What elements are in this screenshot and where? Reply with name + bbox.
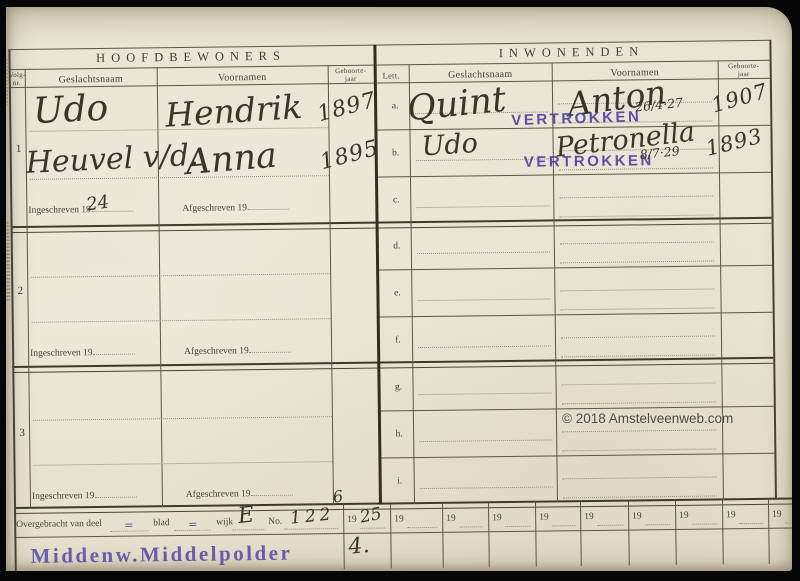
section-title-hoofdbewoners: HOOFDBEWONERS [8, 48, 373, 67]
block3-ingeschreven: Ingeschreven 19 [32, 489, 137, 502]
hb1-geslachtsnaam: Udo [32, 91, 109, 130]
scanned-register-page: HOOFDBEWONERS INWONENDEN [0, 0, 800, 581]
year-cell-9: 19 [726, 510, 736, 520]
block1-ingeschreven-value: 24 [85, 193, 110, 214]
year-cell-1-value: 25 [359, 506, 383, 527]
block3-afgeschreven: Afgeschreven 19 [186, 487, 293, 500]
overgebracht-label: Overgebracht van deel [16, 519, 102, 530]
volgnr-3: 3 [15, 427, 29, 439]
lett-a: a. [387, 101, 403, 111]
lett-f: f. [390, 335, 406, 345]
lett-b: b. [388, 148, 404, 158]
wijk-label: wijk [216, 517, 233, 527]
middelpolder-stamp: Middenw.Middelpolder [30, 541, 292, 569]
pencil-mark-6: 6 [332, 488, 344, 505]
lett-c: c. [388, 195, 404, 205]
hb2-voornamen: Anna [184, 139, 278, 181]
volgnr-1: 1 [12, 143, 26, 155]
paper-sheet: HOOFDBEWONERS INWONENDEN [6, 7, 792, 571]
year-cell-7: 19 [632, 511, 642, 521]
col-header-lett: Lett. [374, 70, 409, 80]
lett-i: i. [392, 476, 408, 486]
vertrokken-stamp-b: VERTROKKEN [524, 152, 654, 171]
col-header-geboortejaar-left: Geboorte- jaar [328, 67, 374, 84]
block2-afgeschreven: Afgeschreven 19 [184, 344, 291, 357]
year-cell-8: 19 [679, 511, 689, 521]
lett-e: e. [389, 288, 405, 298]
register-form: HOOFDBEWONERS INWONENDEN [6, 7, 792, 571]
block1-afgeschreven: Afgeschreven 19 [182, 201, 289, 214]
hb1-geboortejaar: 1897 [315, 90, 379, 127]
year-cell-6: 19 [584, 512, 594, 522]
cell-value-4: 4. [347, 535, 370, 559]
volgnr-2: 2 [13, 285, 27, 297]
lett-h: h. [391, 429, 407, 439]
watermark: © 2018 Amstelveenweb.com [562, 411, 733, 426]
iw-a-vertrek-datum: 26/4·27 [635, 97, 684, 114]
year-cell-1: 19 [347, 515, 357, 525]
hb1-voornamen: Hendrik [164, 90, 303, 132]
wijk-value: E [237, 504, 256, 528]
blad-label: blad [153, 518, 169, 528]
iw-b-vertrek-datum: 8/7·29 [639, 145, 680, 161]
year-cell-3: 19 [446, 514, 456, 524]
deel-value: = [124, 520, 133, 531]
col-header-geboortejaar-right: Geboorte- jaar [718, 62, 770, 79]
lett-g: g. [391, 382, 407, 392]
col-header-geslachtsnaam-right: Geslachtsnaam [409, 68, 552, 81]
no-value: 122 [289, 506, 335, 527]
year-cell-5: 19 [539, 513, 549, 523]
year-cell-2: 19 [394, 514, 404, 524]
block1-ingeschreven: Ingeschreven 19 [28, 203, 133, 216]
block2-ingeschreven: Ingeschreven 19 [30, 346, 135, 359]
hb2-geslachtsnaam: Heuvel v/d. [25, 141, 199, 179]
year-cell-10: 19 [772, 510, 782, 520]
no-label: No. [268, 517, 282, 527]
blad-value: = [188, 519, 197, 530]
iw-a-geslachtsnaam: Quint [406, 83, 508, 128]
lett-d: d. [389, 241, 405, 251]
iw-b-geslachtsnaam: Udo [421, 130, 479, 161]
col-header-geslachtsnaam-left: Geslachtsnaam [25, 73, 157, 86]
hb2-geboortejaar: 1895 [318, 138, 382, 175]
year-cell-4: 19 [492, 513, 502, 523]
iw-b-geboortejaar: 1893 [704, 126, 765, 160]
col-header-voornamen-left: Voornamen [157, 71, 328, 84]
col-header-volgnr: Volg- nr. [9, 71, 25, 87]
